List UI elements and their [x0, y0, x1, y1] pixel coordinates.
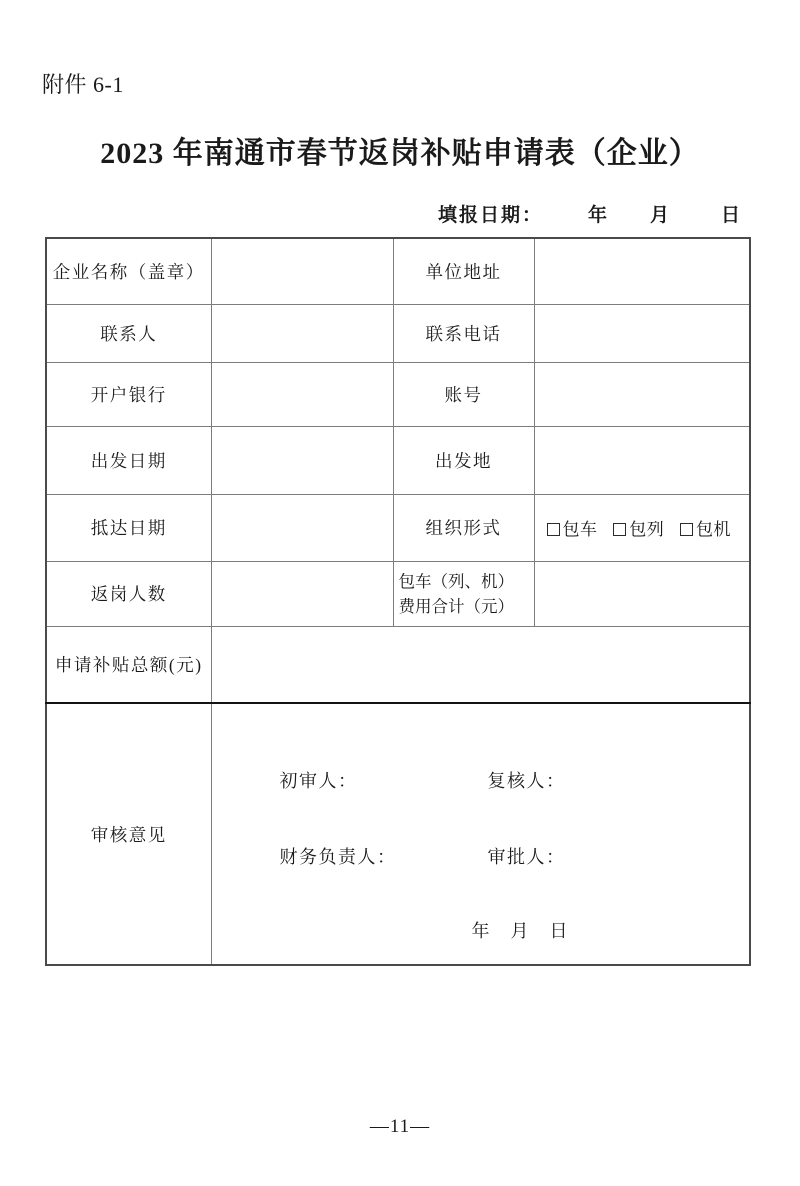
input-cell-returning-workers-count[interactable] [211, 561, 393, 626]
page-title: 2023 年南通市春节返岗补贴申请表（企业） [0, 128, 800, 172]
input-cell-contact-phone[interactable] [534, 304, 750, 362]
field-label-departure-place: 出发地 [393, 426, 534, 494]
field-label-contact-phone: 联系电话 [393, 304, 534, 362]
input-cell-account-number[interactable] [534, 362, 750, 426]
field-label-account-number: 账号 [393, 362, 534, 426]
checkbox-icon[interactable] [547, 523, 560, 536]
field-label-unit-address: 单位地址 [393, 238, 534, 304]
first-reviewer-label: 初审人： [280, 767, 358, 793]
review-signature-area: 初审人： 复核人： 财务负责人： 审批人： 年 月 日 [212, 705, 750, 963]
input-cell-company-name[interactable] [211, 238, 393, 304]
fill-date-month: 月 [650, 200, 671, 227]
input-cell-charter-fee-total[interactable] [534, 561, 750, 626]
checkbox-option-label: 包车 [563, 520, 598, 539]
input-cell-contact-person[interactable] [211, 304, 393, 362]
checkbox-option-label: 包列 [629, 520, 664, 539]
input-cell-arrival-date[interactable] [211, 494, 393, 561]
approver-label: 审批人： [488, 843, 566, 869]
table-row: 返岗人数 包车（列、机） 费用合计（元） [46, 561, 750, 626]
review-opinion-cell[interactable]: 初审人： 复核人： 财务负责人： 审批人： 年 月 日 [211, 703, 750, 965]
table-row: 申请补贴总额(元) [46, 626, 750, 703]
field-label-returning-workers-count: 返岗人数 [46, 561, 211, 626]
field-label-organization-form: 组织形式 [393, 494, 534, 561]
application-form-table: 企业名称（盖章） 单位地址 联系人 联系电话 开户银行 账号 出发日期 出发地 … [45, 237, 751, 966]
organization-options-cell: 包车 包列 包机 [534, 494, 750, 561]
input-cell-unit-address[interactable] [534, 238, 750, 304]
table-row: 开户银行 账号 [46, 362, 750, 426]
field-label-departure-date: 出发日期 [46, 426, 211, 494]
finance-officer-label: 财务负责人： [280, 843, 397, 869]
document-page: 附件 6-1 2023 年南通市春节返岗补贴申请表（企业） 填报日期： 年 月 … [0, 0, 800, 1186]
field-label-subsidy-total: 申请补贴总额(元) [46, 626, 211, 703]
field-label-review-opinion: 审核意见 [46, 703, 211, 965]
charter-fee-label-line1: 包车（列、机） [399, 569, 534, 594]
field-label-bank: 开户银行 [46, 362, 211, 426]
review-date-placeholder: 年 月 日 [472, 917, 570, 943]
fill-date-line: 填报日期： 年 月 日 [0, 200, 800, 230]
table-row: 出发日期 出发地 [46, 426, 750, 494]
table-row: 抵达日期 组织形式 包车 包列 包机 [46, 494, 750, 561]
checkbox-icon[interactable] [613, 523, 626, 536]
checkbox-option-chartered-plane[interactable]: 包机 [680, 520, 731, 539]
fill-date-day: 日 [721, 200, 742, 227]
fill-date-label: 填报日期： [438, 200, 543, 227]
field-label-contact-person: 联系人 [46, 304, 211, 362]
input-cell-departure-date[interactable] [211, 426, 393, 494]
field-label-company-name: 企业名称（盖章） [46, 238, 211, 304]
checkbox-icon[interactable] [680, 523, 693, 536]
input-cell-departure-place[interactable] [534, 426, 750, 494]
table-row: 联系人 联系电话 [46, 304, 750, 362]
table-row: 企业名称（盖章） 单位地址 [46, 238, 750, 304]
table-row: 审核意见 初审人： 复核人： 财务负责人： 审批人： 年 月 日 [46, 703, 750, 965]
input-cell-bank[interactable] [211, 362, 393, 426]
second-reviewer-label: 复核人： [488, 767, 566, 793]
checkbox-option-chartered-train[interactable]: 包列 [613, 520, 664, 539]
page-number: —11— [0, 1116, 800, 1138]
attachment-label: 附件 6-1 [42, 68, 124, 99]
charter-fee-label-line2: 费用合计（元） [399, 594, 534, 619]
input-cell-subsidy-total[interactable] [211, 626, 750, 703]
field-label-arrival-date: 抵达日期 [46, 494, 211, 561]
field-label-charter-fee-total: 包车（列、机） 费用合计（元） [393, 561, 534, 626]
checkbox-option-label: 包机 [696, 520, 731, 539]
checkbox-option-chartered-bus[interactable]: 包车 [547, 520, 598, 539]
fill-date-year: 年 [588, 200, 609, 227]
